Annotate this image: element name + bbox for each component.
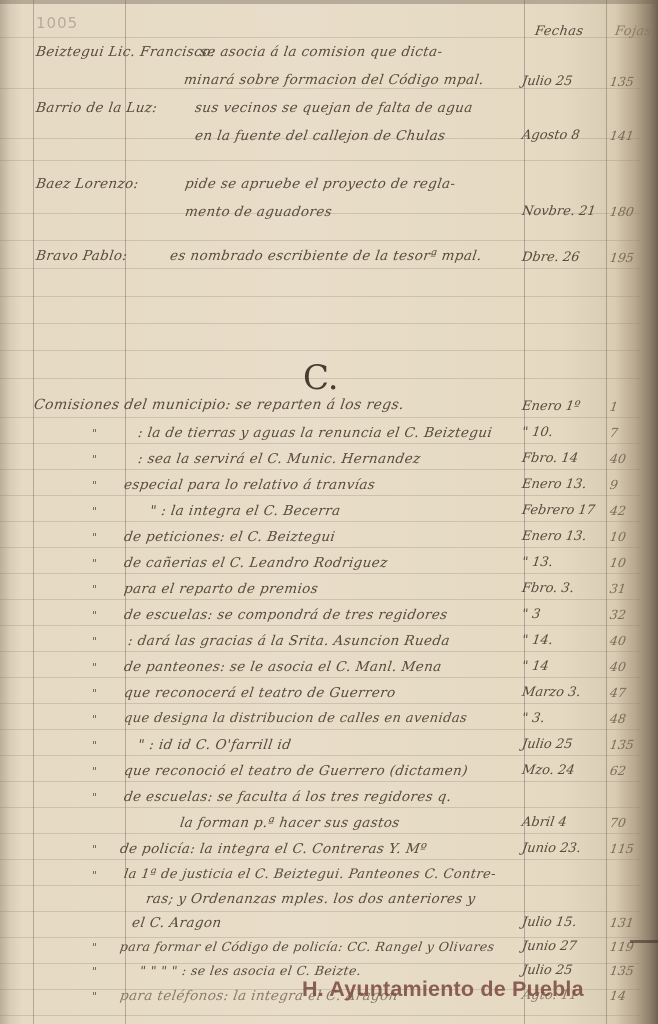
entry-name: Baez Lorenzo: [35, 176, 140, 192]
rule-line [0, 1015, 640, 1016]
entry-text: de cañerias el C. Leandro Rodriguez [123, 555, 389, 571]
rule-line [0, 495, 640, 496]
entry-foja: 10 [609, 529, 627, 544]
entry-date: " 13. [521, 555, 554, 570]
entry-foja: 40 [609, 451, 627, 466]
entry-text: que reconocerá el teatro de Guerrero [123, 685, 397, 701]
entry-date: Julio 15. [521, 915, 578, 930]
entry-text: que reconoció el teatro de Guerrero (dic… [123, 763, 469, 779]
rule-line [0, 911, 640, 912]
entry-foja: 14 [609, 988, 627, 1003]
entry-date: Fbro. 3. [521, 581, 575, 596]
rule-line [0, 833, 640, 834]
ditto-mark: " [92, 765, 97, 778]
fojas-header: Fojas [614, 24, 653, 39]
entry-date: Novbre. 21 [521, 204, 597, 219]
entry-foja: 141 [609, 128, 635, 143]
rule-line [0, 625, 640, 626]
entry-foja: 195 [609, 250, 635, 265]
entry-text: de policía: la integra el C. Contreras Y… [119, 841, 428, 857]
rule-line [0, 323, 640, 324]
entry-date: " 3. [521, 711, 546, 726]
ditto-mark: " [92, 427, 97, 440]
entry-foja: 48 [609, 711, 627, 726]
entry-text: se asocia á la comision que dicta- [199, 44, 444, 60]
rule-line [0, 443, 640, 444]
entry-text: la forman p.ª hacer sus gastos [179, 815, 401, 831]
entry-date: " 3 [521, 607, 541, 622]
rule-line [0, 469, 640, 470]
ditto-mark: " [92, 453, 97, 466]
entry-text: para formar el Código de policía: CC. Ra… [119, 939, 496, 954]
entry-name: Bravo Pablo: [35, 248, 129, 264]
ditto-mark: " [92, 713, 97, 726]
entry-foja: 40 [609, 659, 627, 674]
entry-text: de escuelas: se compondrá de tres regido… [123, 607, 449, 623]
entry-text: para el reparto de premios [123, 581, 319, 597]
entry-date: Enero 1º [521, 399, 581, 414]
entry-text: la 1ª de justicia el C. Beiztegui. Pante… [123, 867, 497, 882]
entry-text: el C. Aragon [131, 915, 223, 931]
entry-foja: 180 [609, 204, 635, 219]
entry-foja: 131 [609, 915, 635, 930]
entry-foja: 70 [609, 815, 627, 830]
entry-text: es nombrado escribiente de la tesorª mpa… [169, 248, 483, 264]
entry-date: Enero 13. [521, 529, 588, 544]
entry-date: Fbro. 14 [521, 451, 579, 466]
entry-text: especial para lo relativo á tranvías [123, 477, 376, 493]
ditto-mark: " [92, 965, 97, 978]
entry-text: : dará las gracias á la Srita. Asuncion … [127, 633, 451, 649]
page-top-shadow [0, 0, 658, 4]
ditto-mark: " [92, 635, 97, 648]
rule-line [0, 521, 640, 522]
entry-date: Junio 27 [521, 939, 578, 954]
archive-watermark: H. Ayuntamiento de Puebla [302, 977, 584, 1002]
page-corner-mark: 1005 [36, 14, 78, 32]
rule-line [0, 651, 640, 652]
entry-text: : la de tierras y aguas la renuncia el C… [137, 425, 493, 441]
entry-foja: 31 [609, 581, 627, 596]
entry-text: pide se apruebe el proyecto de regla- [184, 176, 457, 192]
entry-text: : sea la servirá el C. Munic. Hernandez [137, 451, 422, 467]
fechas-header: Fechas [534, 24, 585, 39]
rule-line [0, 160, 640, 161]
entry-foja: 42 [609, 503, 627, 518]
rule-line [0, 350, 640, 351]
ditto-mark: " [92, 843, 97, 856]
fojas-column-line [606, 0, 607, 1024]
rule-line [0, 268, 640, 269]
ditto-mark: " [92, 739, 97, 752]
entry-date: Febrero 17 [521, 503, 596, 518]
rule-line [0, 729, 640, 730]
rule-line [0, 937, 640, 938]
section-letter-c: C. [303, 358, 339, 398]
entry-date: " 14 [521, 659, 550, 674]
ditto-mark: " [92, 531, 97, 544]
rule-line [0, 547, 640, 548]
entry-date: Julio 25 [521, 963, 574, 978]
rule-line [0, 599, 640, 600]
margin-line [33, 0, 34, 1024]
entry-name: Barrio de la Luz: [35, 100, 159, 116]
ditto-mark: " [92, 990, 97, 1003]
rule-line [0, 859, 640, 860]
rule-line [0, 677, 640, 678]
entry-text: sus vecinos se quejan de falta de agua [194, 100, 474, 116]
entry-foja: 62 [609, 763, 627, 778]
entry-date: Junio 23. [521, 841, 582, 856]
entry-foja: 115 [609, 841, 635, 856]
ditto-mark: " [92, 791, 97, 804]
rule-line [0, 240, 640, 241]
entry-foja: 40 [609, 633, 627, 648]
ditto-mark: " [92, 505, 97, 518]
ditto-mark: " [92, 557, 97, 570]
entry-date: Marzo 3. [521, 685, 582, 700]
ditto-mark: " [92, 941, 97, 954]
ditto-mark: " [92, 869, 97, 882]
rule-line [0, 755, 640, 756]
entry-continuation: en la fuente del callejon de Chulas [194, 128, 447, 144]
entry-foja: 32 [609, 607, 627, 622]
entry-text: de peticiones: el C. Beiztegui [123, 529, 336, 545]
entry-foja: 47 [609, 685, 627, 700]
entry-date: Julio 25 [521, 74, 574, 89]
entry-name: Beiztegui Lic. Francisco: [35, 44, 217, 60]
entry-text: " " " " : se les asocia el C. Beizte. [139, 963, 362, 978]
ditto-mark: " [92, 479, 97, 492]
entry-foja: 135 [609, 737, 635, 752]
rule-line [0, 296, 640, 297]
entry-text: que designa la distribucion de calles en… [123, 711, 468, 726]
entry-continuation: mento de aguadores [184, 204, 333, 220]
entry-text: Comisiones del municipio: se reparten á … [33, 397, 405, 413]
entry-date: Mzo. 24 [521, 763, 576, 778]
rule-line [0, 573, 640, 574]
entry-text: " : la integra el C. Becerra [149, 503, 342, 519]
entry-foja: 10 [609, 555, 627, 570]
entry-foja: 9 [609, 477, 619, 492]
entry-text: de panteones: se le asocia el C. Manl. M… [123, 659, 443, 675]
ditto-mark: " [92, 583, 97, 596]
entry-foja: 1 [609, 399, 619, 414]
rule-line [0, 703, 640, 704]
entry-foja: 135 [609, 963, 635, 978]
ditto-mark: " [92, 661, 97, 674]
page-fold-shadow [630, 940, 658, 943]
entry-date: Abril 4 [521, 815, 568, 830]
rule-line [0, 417, 640, 418]
entry-foja: 135 [609, 74, 635, 89]
entry-date: Dbre. 26 [521, 250, 581, 265]
entry-text: " : id id C. O'farrill id [137, 737, 292, 753]
ditto-mark: " [92, 687, 97, 700]
entry-date: " 10. [521, 425, 554, 440]
entry-date: Agosto 8 [521, 128, 581, 143]
ditto-mark: " [92, 609, 97, 622]
entry-text: de escuelas: se faculta á los tres regid… [123, 789, 453, 805]
rule-line [0, 781, 640, 782]
entry-text: ras; y Ordenanzas mples. los dos anterio… [145, 891, 477, 907]
entry-foja: 7 [609, 425, 619, 440]
entry-date: " 14. [521, 633, 554, 648]
entry-date: Enero 13. [521, 477, 588, 492]
rule-line [0, 885, 640, 886]
rule-line [0, 807, 640, 808]
ledger-page: 1005 Fechas Fojas Beiztegui Lic. Francis… [0, 0, 658, 1024]
entry-date: Julio 25 [521, 737, 574, 752]
entry-continuation: minará sobre formacion del Código mpal. [183, 72, 485, 88]
